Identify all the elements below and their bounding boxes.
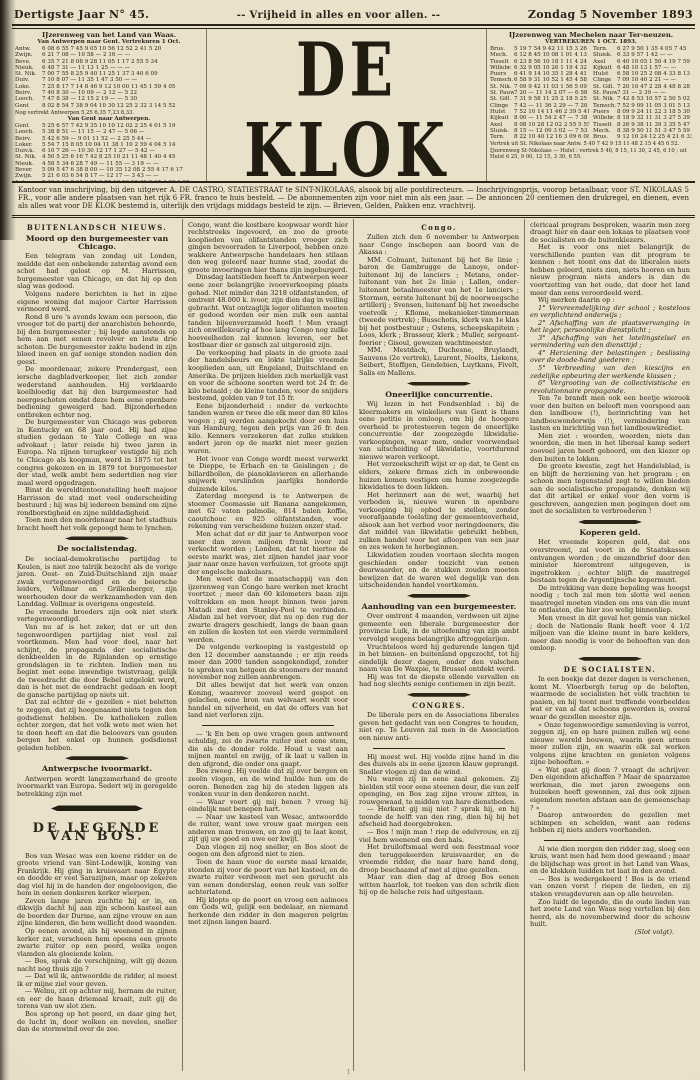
article-paragraph: De verkooping had plaats in de groote za… — [188, 350, 348, 403]
article-paragraph: clericaal program bespreken, waarin men … — [530, 222, 690, 245]
article-paragraph: Van nu af is het zeker, dat er uit den t… — [17, 624, 177, 699]
timetable-title: IJzerenweg van Mechelen naar Ter-neuzen. — [490, 31, 692, 39]
article-paragraph: Het vreemde koperen geld, dat ons overst… — [530, 539, 690, 584]
departure-times: 9 12 10 24 12 25 4 21 6 33 10 12 — [617, 134, 692, 140]
article-paragraph: Het bruiloftsmaal werd een feestmaal voo… — [359, 844, 519, 874]
article-paragraph: Hij was tot de diepste ellende vervallen… — [359, 674, 519, 689]
timetable-title: IJzerenweg van het Land van Waas. — [15, 31, 203, 39]
timetable-rows: Antw.6 08 6 55 7 45 9 05 10 56 12 52 2 4… — [15, 46, 203, 109]
column-2: Congo, want die kostbare koopwaar wordt … — [182, 219, 353, 1071]
article-paragraph: De sociaal-demokratische partijdag te Ke… — [17, 556, 177, 609]
article-paragraph: Hij klopte op de poort en vroeg een aalm… — [188, 897, 348, 927]
page-edge-shadow — [0, 0, 10, 1080]
article-paragraph: MM. Mestdach, Duchesne, Bruylandt, Sauve… — [359, 347, 519, 377]
article-paragraph: Hij moest wel. Hij voelde zijne hand in … — [359, 754, 519, 777]
article-paragraph: Vruchteloos werd hij gedurende langen ti… — [359, 644, 519, 674]
article-paragraph: Een telegram van zondag uit Londen, meld… — [17, 253, 177, 291]
timetable-row: Brus.9 12 10 24 12 25 4 21 6 33 10 12 — [593, 134, 692, 140]
publisher-notice: Kantoor van inschrijving, bij den uitgev… — [12, 181, 695, 218]
station-name: Tern. — [490, 134, 514, 140]
timetable-mechelen-terneuzen: IJzerenweg van Mechelen naar Ter-neuzen.… — [486, 29, 695, 181]
article-paragraph: Men weet dat de maatschappij van den ijz… — [188, 576, 348, 644]
article-paragraph: Zoo luidt de legende, die de oude lieden… — [530, 899, 690, 929]
timetable-notes: Vertrek uit St. Nikolaas naar Antw. 5 40… — [490, 141, 692, 160]
section-divider — [65, 756, 129, 760]
article-paragraph: — Bos, sprak de verschijning, wilt gij d… — [17, 958, 177, 973]
article-paragraph: Zeven lange jaren zuchtte hij er in, en … — [17, 898, 177, 928]
article-paragraph: — Herkent gij mij niet ? sprak hij, en h… — [359, 806, 519, 829]
article-paragraph: MM. Colmant, luitenant bij het 8e linie … — [359, 257, 519, 348]
article-paragraph: — 'k En ben op uwe vragen geen antwoord … — [188, 731, 348, 769]
article-paragraph: Ten 7e brandt men ook een beetje wierook… — [530, 395, 690, 433]
column-rule — [202, 725, 334, 726]
timetable-note: Vertrek uit St. Nikolaas naar Antw. 5 40… — [490, 141, 692, 147]
timetable-direction-heading: Van Antwerpen naar Gent. Vertrekuren 1 O… — [15, 39, 203, 46]
article-paragraph: De burgemeester van Chicago was geboren … — [17, 419, 177, 487]
article-paragraph: — Waar voert gij mij henen ? vroeg hij e… — [188, 799, 348, 814]
article-paragraph: Zaterdag morgend is te Antwerpen de stoo… — [188, 493, 348, 531]
article-paragraph: Bos zweeg. Hij voelde dat zij over berge… — [188, 768, 348, 798]
column-rule — [373, 748, 505, 749]
page-number: 1 — [347, 1069, 351, 1076]
timetable-note: IJzerenweg St-Nikolaas — Hulst : vertrek… — [490, 148, 692, 160]
article-paragraph: De moordenaar, zekere Prendergast, een i… — [17, 366, 177, 419]
article-paragraph: Men ziet : woorden, woorden, niets dan w… — [530, 433, 690, 463]
section-heading: CONGRES. — [359, 702, 519, 710]
column-rule — [544, 840, 676, 841]
article-paragraph: Maar van dien dag af droeg Bos eenen wit… — [359, 874, 519, 897]
feuilleton-divider — [51, 805, 143, 811]
timetable-rows: Gent5 25 6 57 7 42 9 35 10 10 12 02 2 25… — [15, 123, 203, 181]
program-point: 6° Vergrooting van de collectivistische … — [530, 380, 690, 395]
station-name: Antw. — [15, 180, 42, 181]
program-point: 2° Afschaffing van de plaatsvervanging i… — [530, 320, 690, 335]
article-paragraph: « Wat gaat gij doen ? vraagt de schrijve… — [530, 767, 690, 812]
article-headline: Aanhouding van een burgemeester. — [359, 603, 519, 611]
section-divider — [65, 536, 129, 540]
timetable-land-van-waas: IJzerenweg van het Land van Waas. Van An… — [12, 29, 207, 181]
article-paragraph: « Onze tegenwoordige samenleving is verr… — [530, 722, 690, 767]
article-paragraph: — Dat wil ik, antwoordde de ridder, al m… — [17, 973, 177, 988]
section-divider — [407, 594, 471, 598]
departure-times: 5 30 6 12 7 05 8 25 8 55 10 50 12 30 2 1… — [42, 180, 203, 181]
timetable-row: Antw.5 30 6 12 7 05 8 25 8 55 10 50 12 3… — [15, 180, 203, 181]
article-paragraph: Het verzoekschrift wijst er op dat, te G… — [359, 461, 519, 491]
issue-number: Dertigste Jaar N° 45. — [14, 8, 149, 21]
article-paragraph: Dit alles bewijst dat het werk van onzen… — [188, 682, 348, 720]
article-paragraph: De vreemde broeders zijn ook niet sterk … — [17, 609, 177, 624]
article-paragraph: Het herinnert aan de wet, waarbij het ve… — [359, 492, 519, 552]
masthead: IJzerenweg van het Land van Waas. Van An… — [12, 29, 695, 181]
timetable-row: Tern.8 22 10 40 12 16 3 09 6 08 8 00 — [490, 134, 589, 140]
timetable-direction-heading: Van Gent naar Antwerpen. — [15, 116, 203, 123]
article-paragraph: Toen men den moordenaar naar het stadhui… — [17, 517, 177, 532]
program-point: 4° Herziening der belastingen ; beslissi… — [530, 350, 690, 365]
article-paragraph: De intrekking van deze bepaling was hoog… — [530, 585, 690, 615]
article-paragraph: Over omtrent 4 maanden, verdween uit zij… — [359, 613, 519, 643]
article-paragraph: Bos sprong op het peerd, en daar ging he… — [17, 1011, 177, 1034]
article-paragraph: — Bos is wedergekeerd ! Bos is de vriend… — [530, 876, 690, 899]
article-paragraph: Dinsdag laatstleden heeft te Antwerpen w… — [188, 274, 348, 349]
article-paragraph: — Naar uw kasteel van Wesac, antwoordde … — [188, 814, 348, 844]
article-paragraph: De groote kwestie, zegt het Handelsblad,… — [530, 463, 690, 516]
article-paragraph: Likwidatien zouden voortaan slechts moge… — [359, 552, 519, 590]
article-paragraph: Men vreest in dit geval het gemis van ni… — [530, 615, 690, 653]
feuilleton-closing: (Slot volgt). — [530, 929, 690, 937]
station-name: Gent — [15, 103, 42, 109]
page-content: Dertigste Jaar N° 45. -- Vrijheid in all… — [12, 6, 695, 1076]
section-divider — [578, 657, 642, 661]
article-paragraph: Zullen zich den 6 november te Antwerpen … — [359, 234, 519, 257]
article-paragraph: Men schat dat er dit jaar te Antwerpen v… — [188, 531, 348, 576]
article-paragraph: Rond 8 ure 's avonds kwam een persoon, d… — [17, 314, 177, 367]
article-paragraph: Het is voor ons niet belangrijk de versc… — [530, 244, 690, 297]
top-header-row: Dertigste Jaar N° 45. -- Vrijheid in all… — [12, 6, 695, 24]
article-paragraph: — Bos ! mijn man ! riep de edelvrouw, en… — [359, 829, 519, 844]
article-paragraph: Toen de haan voor de eerste maal kraaide… — [188, 859, 348, 897]
article-headline: De socialistendag. — [17, 545, 177, 553]
article-headline: Moord op den burgemeester van Chicago. — [17, 235, 177, 250]
timetable-columns: Brus.5 19 7 54 9 42 11 15 3 26 5 21Mech.… — [490, 46, 692, 140]
article-paragraph: Al wie dien morgen den ridder zag, sloeg… — [530, 846, 690, 876]
issue-date: Zondag 5 November 1893 — [528, 8, 693, 21]
article-paragraph: Daarop antwoorden de gezellen met schimp… — [530, 812, 690, 835]
article-paragraph: Wij lezen in het Fondsenblad : bij de kl… — [359, 401, 519, 461]
program-point: 5° Verbreeding van den kiescijns en zede… — [530, 365, 690, 380]
station-name: Brus. — [593, 134, 617, 140]
column-3: Congo.Zullen zich den 6 november te Antw… — [353, 219, 524, 1071]
column-1: BUITENLANDSCH NIEUWS.Moord op den burgem… — [12, 219, 182, 1071]
article-paragraph: Het ivoor van Congo wordt meest verwerkt… — [188, 456, 348, 494]
timetable-direction-heading: VERTREKUREN 1 OCT. 1893. — [490, 39, 692, 46]
article-paragraph: De liberale pers en de Associations libe… — [359, 712, 519, 742]
section-divider — [578, 520, 642, 524]
article-paragraph: Eene bijzonderheid : onder de verkochte … — [188, 403, 348, 456]
article-paragraph: Dan vlogen zij nog sneller, en Bos sloot… — [188, 844, 348, 859]
article-paragraph: Dat zal echter de « gezellen » niet bele… — [17, 699, 177, 752]
article-paragraph: Nu waren zij in eene zaal gekomen. Zij h… — [359, 776, 519, 806]
article-paragraph: Congo, want die kostbare koopwaar wordt … — [188, 222, 348, 275]
section-heading: DE SOCIALISTEN. — [530, 666, 690, 674]
article-paragraph: Bos van Wesac was een koene ridder en de… — [17, 853, 177, 898]
feuilleton-title: DE LEGENDE VAN BOS. — [17, 825, 177, 840]
column-4: clericaal program bespreken, waarin men … — [524, 219, 695, 1071]
timetable-rows: Tern.6 27 9 50 1 35 4 05 7 45Sluisk.6 33… — [593, 46, 692, 140]
article-paragraph: Antwerpen wordt langzamerhand de groote … — [17, 776, 177, 799]
newspaper-motto: -- Vrijheid in alles en voor allen. -- — [237, 10, 441, 21]
timetable-row: Gent8 02 8 54 7 38 9 04 10 30 12 25 2 32… — [15, 103, 203, 109]
section-divider — [407, 693, 471, 697]
article-paragraph: In een boekje dat dezer dagen is versche… — [530, 676, 690, 721]
article-headline: Antwerpsche ivoormarkt. — [17, 765, 177, 773]
program-point: 3° Afschaffing van het lotelingstelsel e… — [530, 335, 690, 350]
masthead-center: DE KLOK VAN HET LAND VAN WAAS. WEEKBLAD … — [207, 29, 486, 181]
newspaper-page: Dertigste Jaar N° 45. -- Vrijheid in all… — [0, 0, 700, 1080]
article-paragraph: — Welnu, zit op achter mij, hernam de ru… — [17, 988, 177, 1011]
program-point: 1° Vervreemdelijking der school ; kostel… — [530, 305, 690, 320]
departure-times: 8 22 10 40 12 16 3 09 6 08 8 00 — [514, 134, 589, 140]
section-heading: Congo. — [359, 224, 519, 232]
section-heading: BUITENLANDSCH NIEUWS. — [17, 224, 177, 232]
article-paragraph: Volgens nadere berichten is het in zijne… — [17, 291, 177, 314]
newspaper-title: DE KLOK — [207, 30, 486, 181]
article-paragraph: Binst de wereldtentoonstelling heeft maj… — [17, 487, 177, 517]
departure-times: 8 02 8 54 7 38 9 04 10 30 12 25 2 32 3 1… — [42, 103, 203, 109]
article-paragraph: Op eenen avond, als hij weenend in zijne… — [17, 928, 177, 958]
timetable-rows: Brus.5 19 7 54 9 42 11 15 3 26 5 21Mech.… — [490, 46, 589, 140]
article-columns: BUITENLANDSCH NIEUWS.Moord op den burgem… — [12, 219, 695, 1071]
article-headline: Koperen geld. — [530, 529, 690, 537]
section-divider — [407, 382, 471, 386]
article-paragraph: De volgende verkooping is vastgesteld op… — [188, 644, 348, 682]
article-headline: Oneerlijke concurrentie. — [359, 391, 519, 399]
